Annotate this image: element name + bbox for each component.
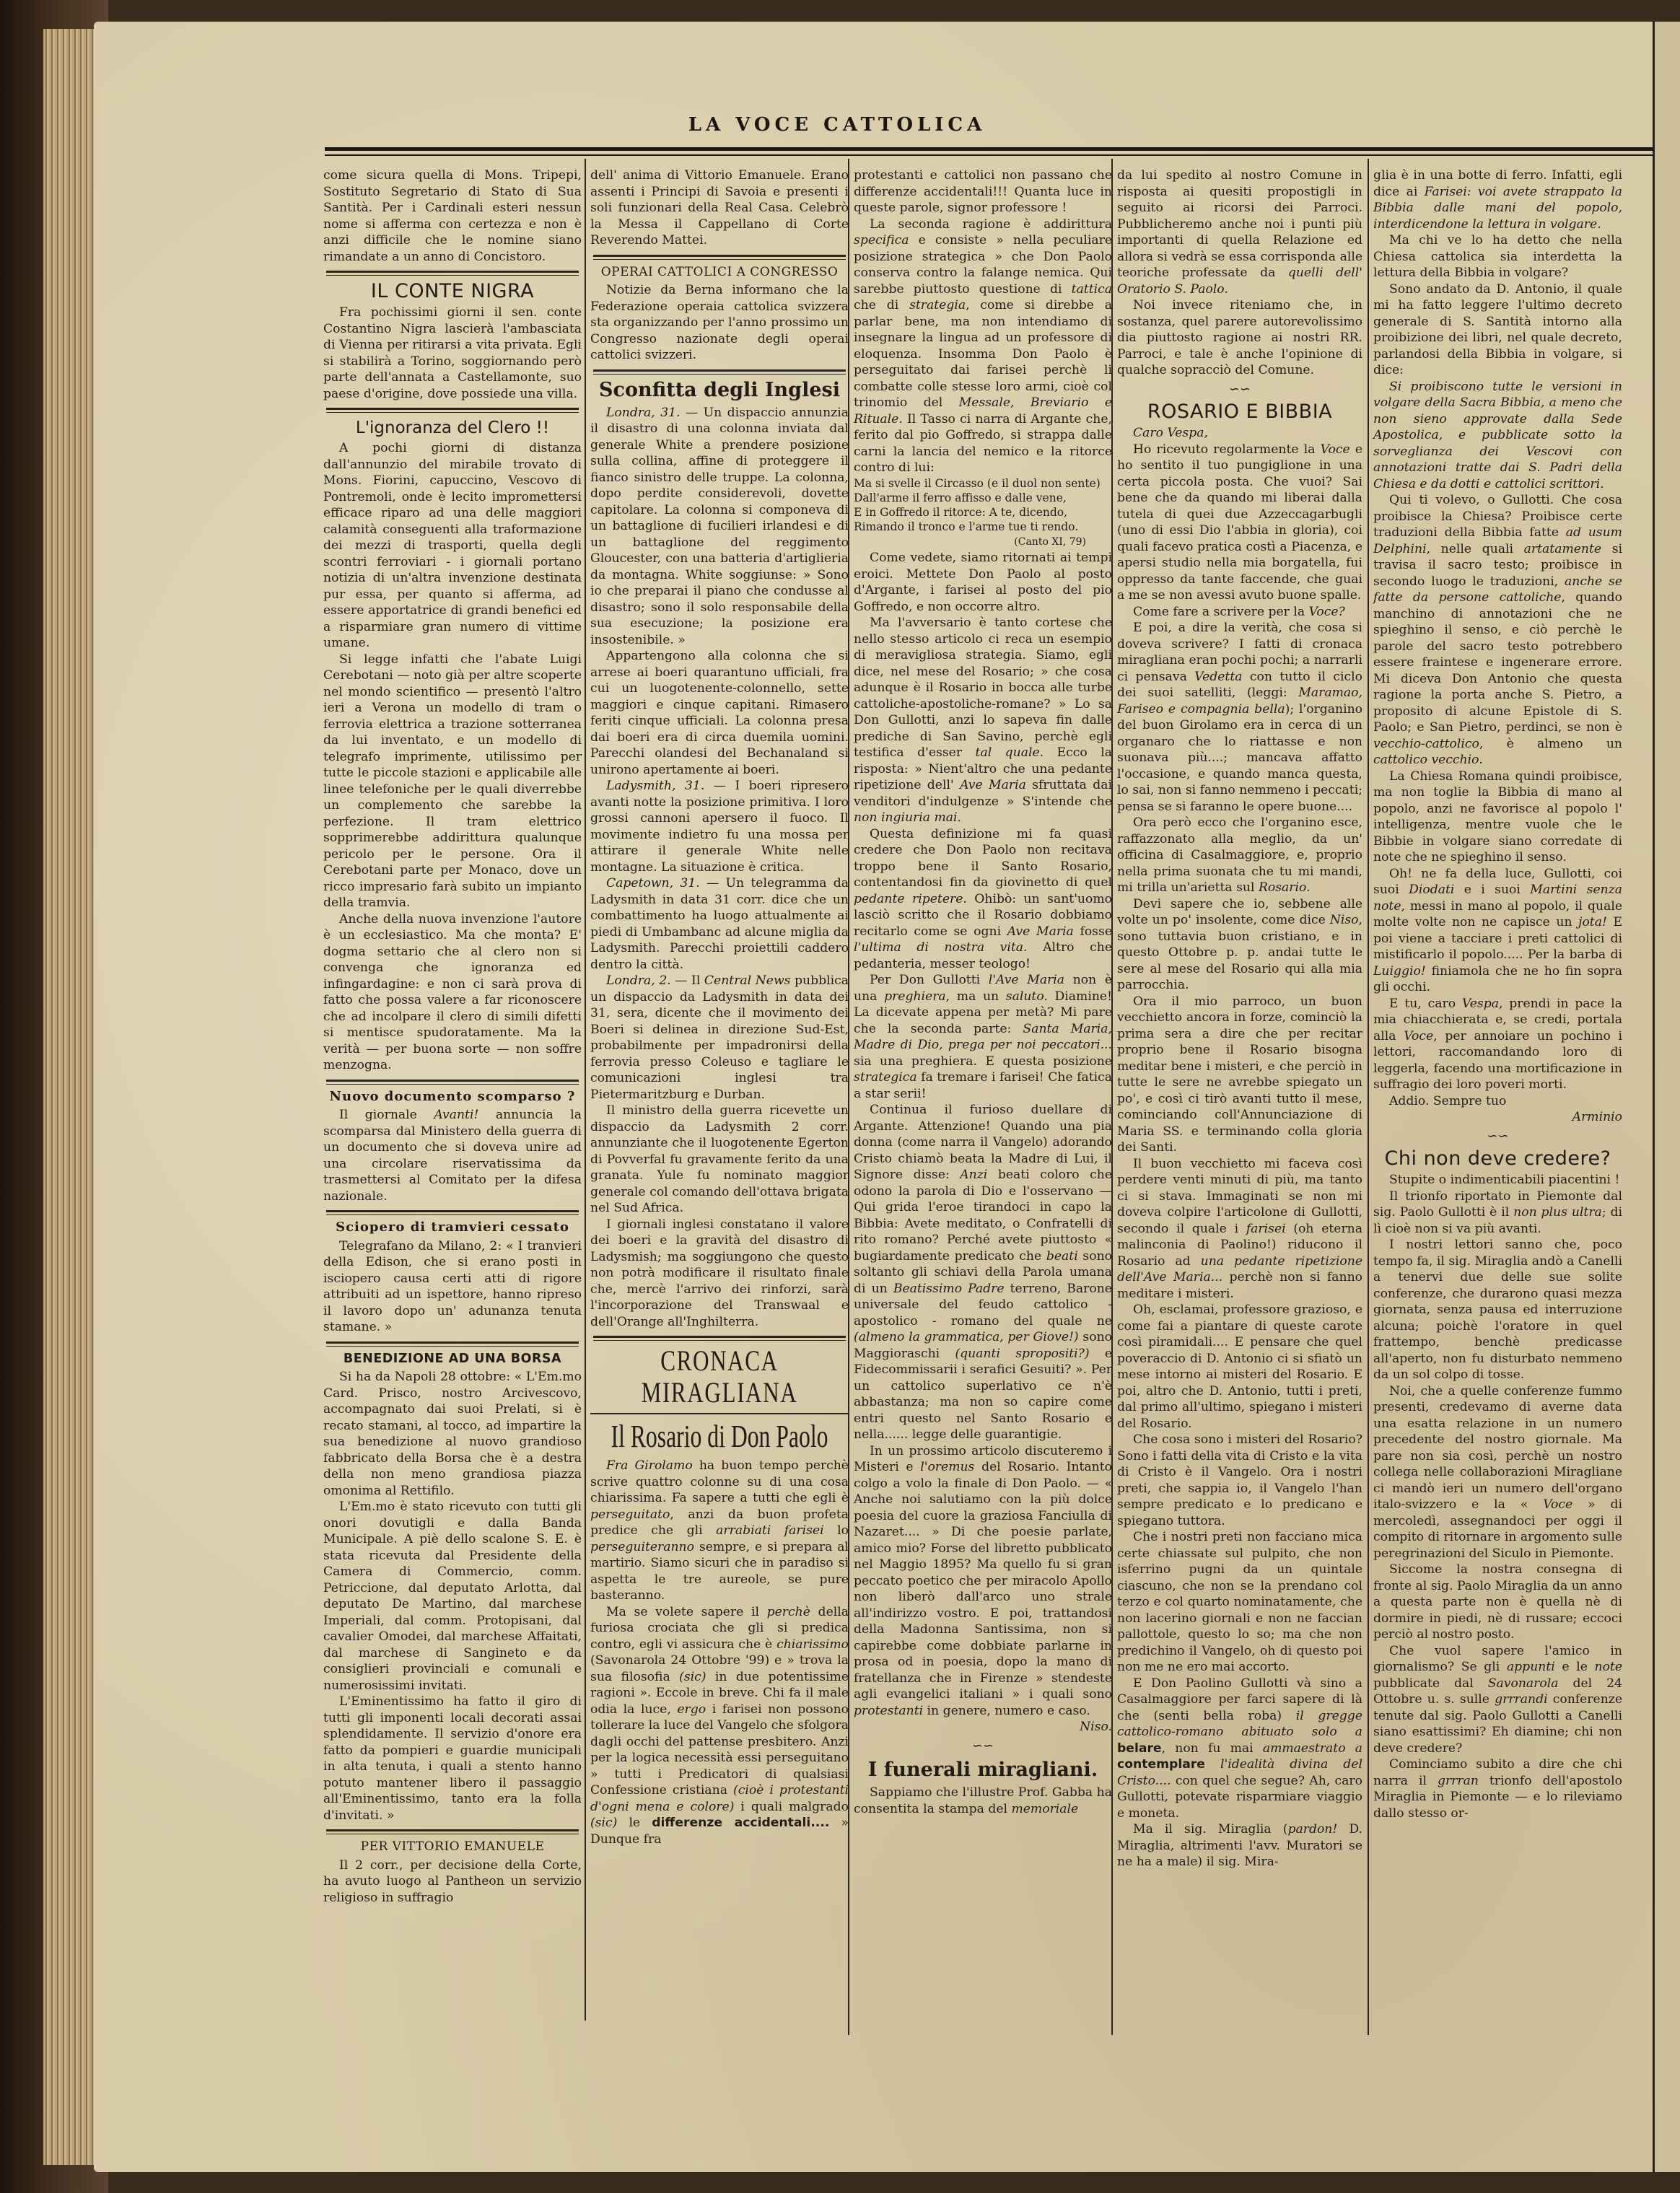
article-paragraph: Addio. Sempre tuo [1373, 1093, 1622, 1110]
section-divider [593, 255, 846, 260]
article-paragraph: I giornali inglesi constatano il valore … [590, 1217, 849, 1331]
article-paragraph: Londra, 31. — Un dispaccio annunzia il d… [590, 405, 849, 649]
article-paragraph: Ora il mio parroco, un buon vecchietto a… [1117, 994, 1362, 1156]
article-paragraph: Devi sapere che io, sebbene alle volte u… [1117, 896, 1362, 994]
article-paragraph: da lui spedito al nostro Comune in rispo… [1117, 167, 1362, 297]
section-divider-thin [590, 1413, 849, 1414]
verse-quote: Ma si svelle il Circasso (e il duol non … [854, 476, 1112, 534]
flourish-ornament-icon: ∽∽ [854, 1738, 1112, 1755]
article-paragraph: L'Em.mo è stato ricevuto con tutti gli o… [323, 1499, 582, 1694]
masthead-rule [325, 147, 1653, 151]
column-divider [1368, 159, 1369, 2035]
article-paragraph: Telegrafano da Milano, 2: « I tranvieri … [323, 1238, 582, 1336]
article-paragraph: Ora però ecco che l'organino esce, raffa… [1117, 815, 1362, 896]
masthead-title: LA VOCE CATTOLICA [318, 114, 1357, 136]
article-paragraph: Qui ti volevo, o Gullotti. Che cosa proi… [1373, 492, 1622, 769]
article-paragraph: Il buon vecchietto mi faceva così perder… [1117, 1156, 1362, 1303]
column-divider [585, 159, 586, 2021]
article-headline: CRONACA MIRAGLIANA [585, 1345, 854, 1409]
verse-line: E in Goffredo il ritorce: A te, dicendo, [854, 505, 1112, 520]
article-paragraph: Ladysmith, 31. — I boeri ripresero avant… [590, 778, 849, 875]
article-paragraph: Che vuol sapere l'amico in giornalismo? … [1373, 1643, 1622, 1757]
article-headline: Nuovo documento scomparso ? [323, 1089, 582, 1106]
section-divider [326, 1829, 579, 1834]
article-paragraph: Questa definizione mi fa quasi credere c… [854, 826, 1112, 973]
masthead-rule-thin [325, 154, 1653, 156]
article-paragraph: Siccome la nostra consegna di fronte al … [1373, 1562, 1622, 1643]
article-paragraph: Oh! ne fa della luce, Gullotti, coi suoi… [1373, 866, 1622, 996]
article-paragraph: Anche della nuova invenzione l'autore è … [323, 911, 582, 1074]
article-headline: Il Rosario di Don Paolo [590, 1419, 849, 1455]
article-paragraph: Il ministro della guerra ricevette un di… [590, 1103, 849, 1217]
article-paragraph: Fra Girolamo ha buon tempo perchè scrive… [590, 1458, 849, 1604]
article-paragraph: E poi, a dire la verità, che cosa si dov… [1117, 620, 1362, 815]
author-signature: Niso. [854, 1719, 1112, 1735]
article-paragraph: Il 2 corr., per decisione della Corte, h… [323, 1857, 582, 1907]
section-divider [326, 271, 579, 276]
article-headline: OPERAI CATTOLICI A CONGRESSO [590, 264, 849, 281]
article-paragraph: Fra pochissimi giorni il sen. conte Cost… [323, 305, 582, 402]
section-divider [326, 408, 579, 413]
article-paragraph: Appartengono alla colonna che si arrese … [590, 648, 849, 778]
column-4: da lui spedito al nostro Comune in rispo… [1117, 167, 1362, 1870]
article-paragraph: Notizie da Berna informano che la Federa… [590, 282, 849, 364]
verse-line: Ma si svelle il Circasso (e il duol non … [854, 476, 1112, 491]
article-paragraph: come sicura quella di Mons. Tripepi, Sos… [323, 167, 582, 265]
article-paragraph: Sono andato da D. Antonio, il quale mi h… [1373, 281, 1622, 379]
article-paragraph: Per Don Gullotti l'Ave Maria non è una p… [854, 972, 1112, 1102]
verse-line: Rimando il tronco e l'arme tue ti rendo. [854, 520, 1112, 534]
verse-citation: (Canto XI, 79) [854, 534, 1086, 551]
article-paragraph: Si legge infatti che l'abate Luigi Cereb… [323, 652, 582, 911]
article-paragraph: protestanti e cattolici non passano che … [854, 167, 1112, 216]
section-divider [326, 1210, 579, 1215]
flourish-ornament-icon: ∽∽ [1117, 382, 1362, 398]
article-headline: PER VITTORIO EMANUELE [323, 1839, 582, 1855]
article-paragraph: A pochi giorni di distanza dall'annunzio… [323, 440, 582, 652]
article-headline: BENEDIZIONE AD UNA BORSA [323, 1351, 582, 1367]
verse-line: Dall'arme il ferro affisso e dalle vene, [854, 491, 1112, 505]
author-signature: Arminio [1373, 1109, 1622, 1126]
article-paragraph: glia è in una botte di ferro. Infatti, e… [1373, 167, 1622, 232]
article-paragraph: E Don Paolino Gullotti và sino a Casalma… [1117, 1676, 1362, 1822]
article-paragraph: E tu, caro Vespa, prendi in pace la mia … [1373, 996, 1622, 1093]
article-paragraph: Oh, esclamai, professore grazioso, e com… [1117, 1302, 1362, 1432]
article-headline: L'ignoranza del Clero !! [323, 417, 582, 439]
article-paragraph: dell' anima di Vittorio Emanuele. Erano … [590, 167, 849, 249]
column-5: glia è in una botte di ferro. Infatti, e… [1373, 167, 1622, 1821]
article-paragraph: La Chiesa Romana quindi proibisce, ma no… [1373, 769, 1622, 866]
article-paragraph: Ma l'avversario è tanto cortese che nell… [854, 615, 1112, 826]
article-paragraph: Stupite o indimenticabili piacentini ! [1373, 1172, 1622, 1189]
article-paragraph: Che cosa sono i misteri del Rosario? Son… [1117, 1432, 1362, 1529]
article-paragraph: Ho ricevuto regolarmente la Voce e ho se… [1117, 442, 1362, 604]
article-headline: Chi non deve credere? [1373, 1147, 1622, 1170]
article-paragraph: Sappiamo che l'illustre Prof. Gabba ha c… [854, 1785, 1112, 1817]
article-paragraph: Ma se volete sapere il perchè della furi… [590, 1604, 849, 1848]
article-paragraph: Caro Vespa, [1117, 425, 1362, 442]
column-3: protestanti e cattolici non passano che … [854, 167, 1112, 1817]
article-headline: Sconfitta degli Inglesi [590, 379, 849, 402]
article-paragraph: Come vedete, siamo ritornati ai tempi er… [854, 550, 1112, 615]
section-divider [326, 1341, 579, 1347]
article-headline: ROSARIO E BIBBIA [1117, 400, 1362, 424]
section-divider [593, 1336, 846, 1341]
article-paragraph: Che i nostri preti non facciano mica cer… [1117, 1529, 1362, 1676]
article-paragraph: La seconda ragione è addirittura specifi… [854, 216, 1112, 476]
article-paragraph: Continua il furioso duellare di Argante.… [854, 1102, 1112, 1443]
article-headline: IL CONTE NIGRA [323, 280, 582, 303]
adjacent-page-edge [1653, 22, 1680, 2172]
article-paragraph: L'Eminentissimo ha fatto il giro di tutt… [323, 1694, 582, 1824]
column-1: come sicura quella di Mons. Tripepi, Sos… [323, 167, 582, 1906]
article-paragraph: Noi invece riteniamo che, in sostanza, q… [1117, 297, 1362, 379]
article-paragraph: Il trionfo riportato in Piemonte dal sig… [1373, 1189, 1622, 1238]
article-paragraph: Capetown, 31. — Un telegramma da Ladysmi… [590, 875, 849, 973]
article-paragraph: Ma il sig. Miraglia (pardon! D. Miraglia… [1117, 1821, 1362, 1870]
article-paragraph: Si ha da Napoli 28 ottobre: « L'Em.mo Ca… [323, 1369, 582, 1499]
section-divider [326, 1080, 579, 1085]
article-paragraph: Come fare a scrivere per la Voce? [1117, 604, 1362, 621]
article-paragraph: Londra, 2. — Il Central News pubblica un… [590, 973, 849, 1103]
section-divider [593, 369, 846, 375]
article-paragraph: Ma chi ve lo ha detto che nella Chiesa c… [1373, 232, 1622, 281]
article-headline: Sciopero di tramvieri cessato [323, 1220, 582, 1236]
column-2: dell' anima di Vittorio Emanuele. Erano … [590, 167, 849, 1847]
article-paragraph: Noi, che a quelle conferenze fummo prese… [1373, 1383, 1622, 1562]
article-paragraph: Il giornale Avanti! annuncia la scompars… [323, 1107, 582, 1204]
article-paragraph: Cominciamo subito a dire che chi narra i… [1373, 1756, 1622, 1821]
article-paragraph: Si proibiscono tutte le versioni in volg… [1373, 379, 1622, 493]
article-paragraph: In un prossimo articolo discuteremo i Mi… [854, 1443, 1112, 1720]
article-headline: I funerali miragliani. [854, 1759, 1112, 1782]
flourish-ornament-icon: ∽∽ [1373, 1129, 1622, 1145]
article-paragraph: I nostri lettori sanno che, poco tempo f… [1373, 1237, 1622, 1383]
